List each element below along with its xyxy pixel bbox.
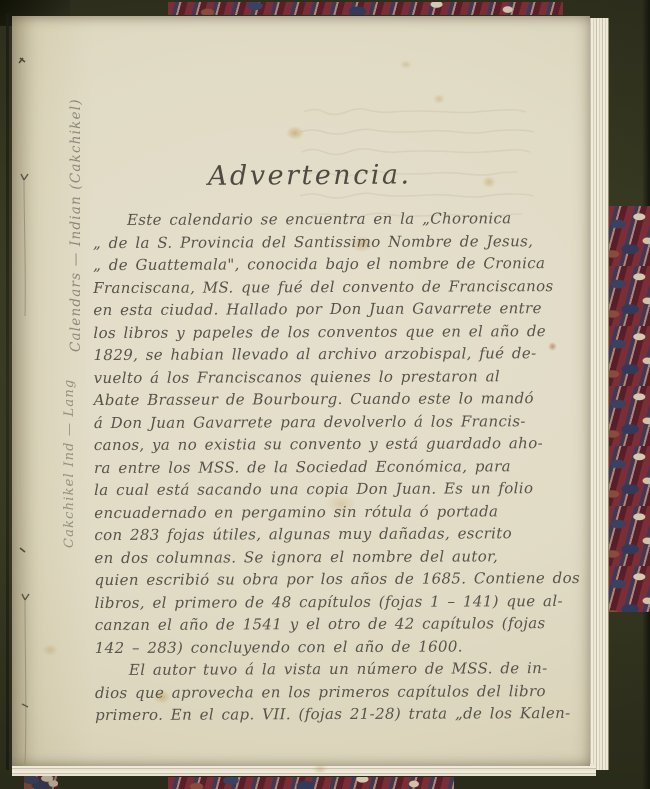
page-edges-right <box>588 18 609 770</box>
manuscript-line: 142 – 283) concluyendo con el año de 160… <box>95 634 581 659</box>
marbled-paper-bottom <box>168 777 454 789</box>
manuscript-line: canzan el año de 1541 y el otro de 42 ca… <box>95 612 581 637</box>
foxing-stain <box>400 60 412 69</box>
manuscript-line: á Don Juan Gavarrete para devolverlo á l… <box>94 409 580 434</box>
manuscript-line: „ de Guattemala", conocida bajo el nombr… <box>93 252 579 277</box>
manuscript-line: Este calendario se encuentra en la „Chor… <box>93 207 579 232</box>
manuscript-line: Abate Brasseur de Bourbourg. Cuando este… <box>94 387 580 412</box>
manuscript-page: Calendars — Indian (Cakchikel) Cakchikel… <box>12 16 590 766</box>
manuscript-line: en esta ciudad. Hallado por Don Juan Gav… <box>93 297 579 322</box>
manuscript-title: Advertencia. <box>208 159 448 192</box>
manuscript-line: con 283 fojas útiles, algunas muy dañada… <box>94 522 580 547</box>
manuscript-line: Franciscana, MS. que fué del convento de… <box>93 274 579 299</box>
manuscript-line: quien escribió su obra por los años de 1… <box>94 567 580 592</box>
marbled-paper-bottom-left <box>24 776 58 789</box>
manuscript-line: los libros y papeles de los conventos qu… <box>93 319 579 344</box>
manuscript-line: dios que aprovecha en los primeros capít… <box>95 679 581 704</box>
manuscript-line: vuelto á los Franciscanos quienes lo pre… <box>94 364 580 389</box>
manuscript-line: primero. En el cap. VII. (fojas 21-28) t… <box>95 702 581 727</box>
manuscript-line: libros, el primero de 48 capítulos (foja… <box>95 589 581 614</box>
margin-annotation-language: Cakchikel Ind — Lang <box>62 348 77 548</box>
manuscript-line: canos, ya no existia su convento y está … <box>94 432 580 457</box>
manuscript-line: ra entre los MSS. de la Sociedad Económi… <box>94 454 580 479</box>
manuscript-line: 1829, se habian llevado al archivo arzob… <box>93 342 579 367</box>
marbled-paper-right <box>608 206 650 612</box>
manuscript-photo: Calendars — Indian (Cakchikel) Cakchikel… <box>0 0 650 789</box>
manuscript-line: encuadernado en pergamino sin rótula ó p… <box>94 499 580 524</box>
manuscript-line: en dos columnas. Se ignora el nombre del… <box>94 544 580 569</box>
manuscript-line: „ de la S. Provincia del Santissimo Nomb… <box>93 229 579 254</box>
manuscript-line: la cual está sacando una copia Don Juan.… <box>94 477 580 502</box>
manuscript-line: El autor tuvo á la vista un número de MS… <box>95 657 581 682</box>
margin-annotation-calendars: Calendars — Indian (Cakchikel) <box>68 40 84 352</box>
manuscript-body: Este calendario se encuentra en la „Chor… <box>93 207 581 727</box>
spine-edge-line <box>6 14 9 770</box>
marbled-paper-top <box>168 2 563 15</box>
